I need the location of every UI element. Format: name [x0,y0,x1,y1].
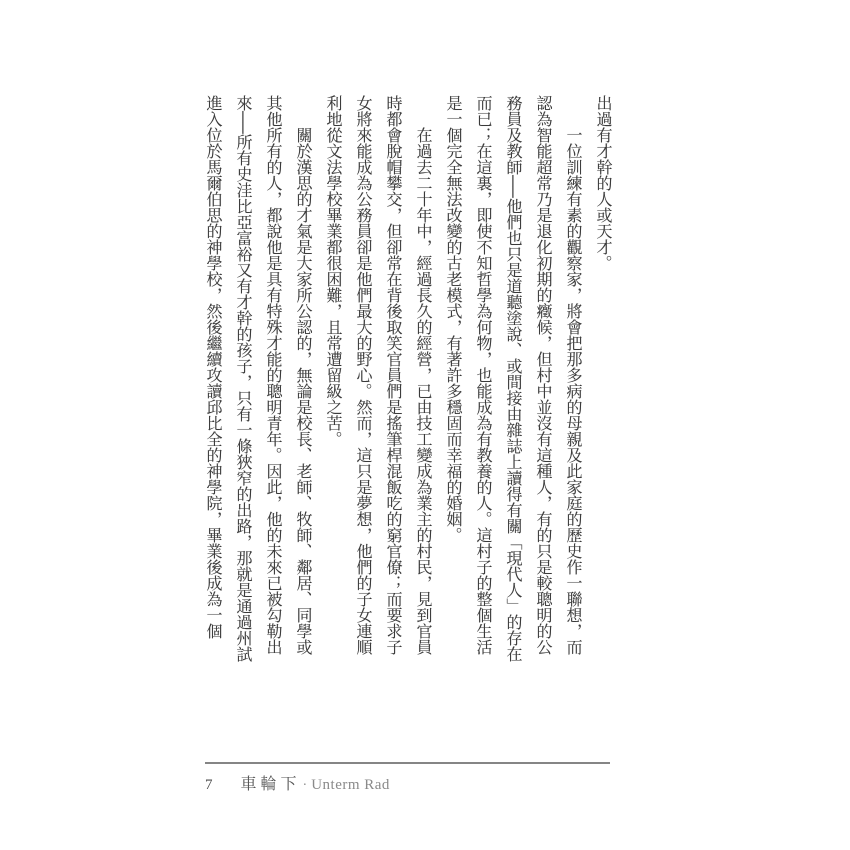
page-footer: 7 車輪下 · Unterm Rad [205,771,390,794]
page-number: 7 [205,777,213,794]
title-separator: · [303,778,308,794]
body-text: 出過有才幹的人或天才。 一位訓練有素的觀察家，將會把那多病的母親及此家庭的歷史作… [197,95,617,663]
book-page: 出過有才幹的人或天才。 一位訓練有素的觀察家，將會把那多病的母親及此家庭的歷史作… [0,0,850,850]
paragraph: 關於漢思的才氣是大家所公認的，無論是校長、老師、牧師、鄰居、同學或其他所有的人，… [197,95,317,663]
original-title: Unterm Rad [311,777,390,794]
paragraph: 在過去二十年中，經過長久的經營，已由技工變成為業主的村民，見到官員時都會脫帽攀交… [317,95,437,663]
footer-rule [205,762,610,764]
paragraph: 一位訓練有素的觀察家，將會把那多病的母親及此家庭的歷史作一聯想，而認為智能超常乃… [437,95,587,663]
book-title: 車輪下 [241,771,301,794]
paragraph-continuation: 出過有才幹的人或天才。 [587,95,617,663]
